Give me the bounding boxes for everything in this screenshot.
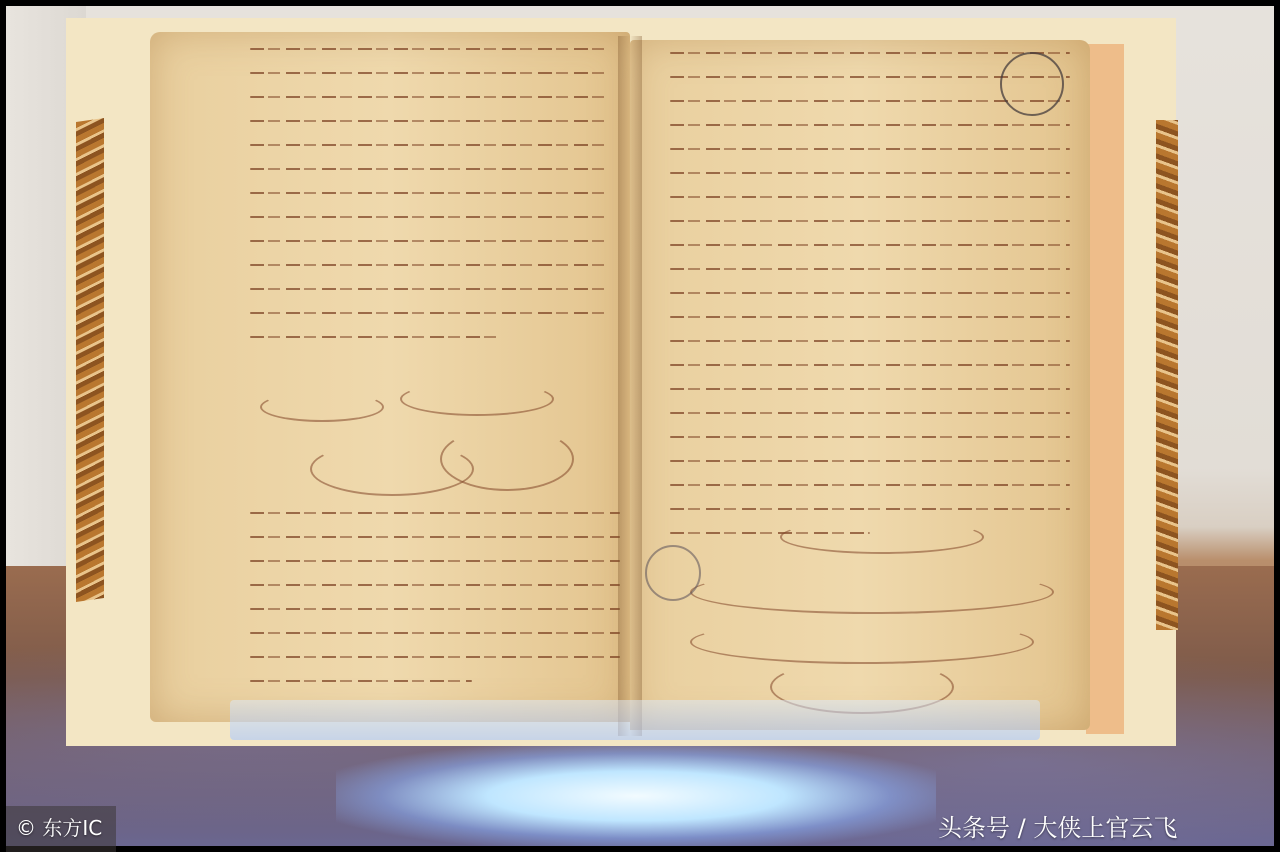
seal-stamp-icon xyxy=(1000,52,1064,116)
archives-stamp-icon xyxy=(645,545,701,601)
watermark-left: © 东方IC xyxy=(6,806,116,852)
handwriting-block-top-left xyxy=(250,48,610,360)
signature xyxy=(440,427,574,491)
stand-light-glow xyxy=(336,746,936,846)
handwriting-block-bottom-left xyxy=(250,512,620,704)
signature xyxy=(780,520,984,554)
manuscript-page-right xyxy=(630,40,1090,730)
manuscript-page-left xyxy=(150,32,630,722)
handwriting-block-right xyxy=(670,52,1070,556)
signature xyxy=(260,392,384,422)
paper-flap-right xyxy=(1086,44,1124,734)
signature xyxy=(690,620,1034,664)
watermark-right: 头条号 / 大侠上官云飞 xyxy=(938,808,1177,843)
signature xyxy=(400,382,554,416)
marbled-edge-left xyxy=(76,118,104,602)
acrylic-display-stand xyxy=(230,700,1040,740)
book-spine xyxy=(618,36,642,736)
marbled-edge-right xyxy=(1156,120,1178,630)
signature xyxy=(690,570,1054,614)
